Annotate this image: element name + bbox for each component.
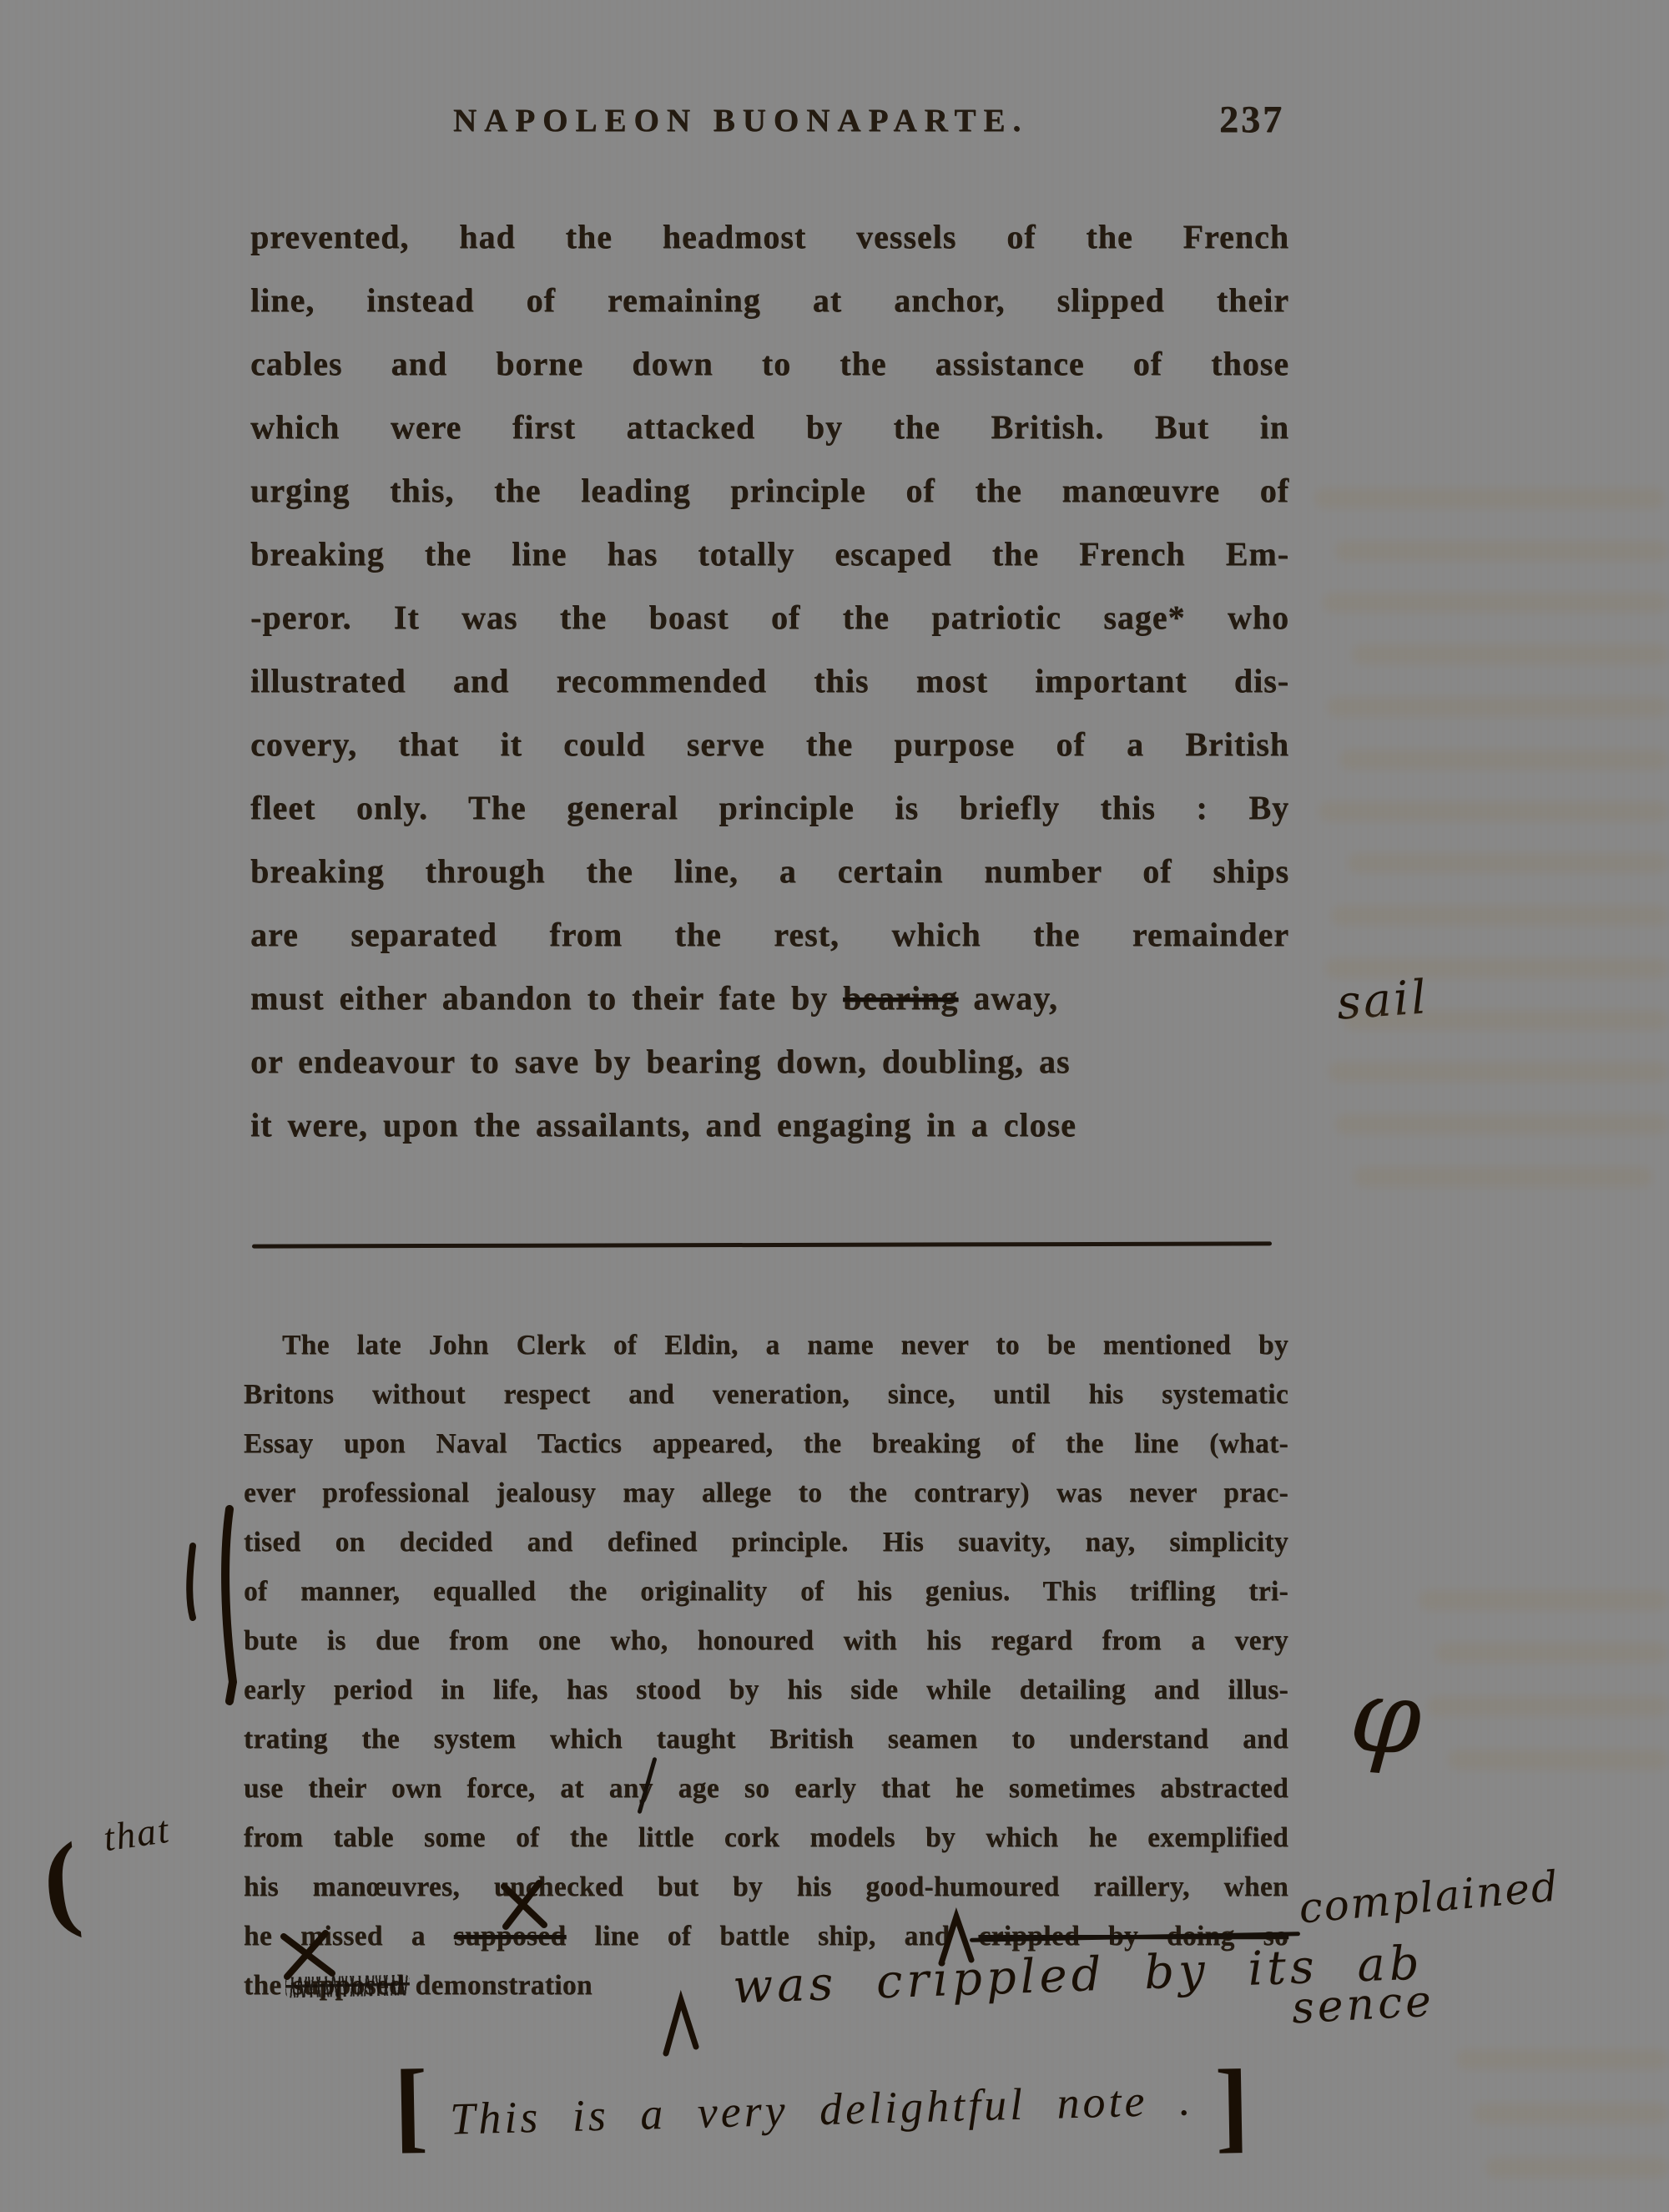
bleed-through-ghost-text bbox=[1319, 801, 1669, 821]
text-line: breaking the line has totally escaped th… bbox=[250, 523, 1289, 586]
bleed-through-ghost-text bbox=[1456, 2049, 1669, 2069]
bleed-through-ghost-text bbox=[1352, 644, 1669, 664]
insertion-caret-demonstration-icon bbox=[659, 1993, 701, 2057]
text-line: use their own force, at any age so early… bbox=[244, 1764, 1288, 1813]
text-segment: prevented, had the headmost vessels of t… bbox=[250, 218, 1289, 255]
handwritten-margin-word-complained: complained bbox=[1297, 1861, 1561, 1932]
text-segment: early period in life, has stood by his s… bbox=[244, 1674, 1288, 1705]
text-segment: or endeavour to save by bearing down, do… bbox=[250, 1043, 1070, 1080]
edited-word: bearing bbox=[843, 979, 958, 1017]
handwritten-phi-mark-icon: φ bbox=[1346, 1655, 1425, 1779]
deletion-x-mark-supposed-icon bbox=[279, 1930, 337, 1980]
bleed-through-ghost-text bbox=[1335, 541, 1669, 561]
footnote-paragraph: The late John Clerk of Eldin, a name nev… bbox=[244, 1321, 1288, 2010]
text-segment: it were, upon the assailants, and engagi… bbox=[250, 1106, 1077, 1144]
bleed-through-ghost-text bbox=[1344, 1010, 1669, 1030]
bleed-through-ghost-text bbox=[1323, 593, 1669, 613]
text-segment: trating the system which taught British … bbox=[244, 1724, 1288, 1755]
text-segment: Essay upon Naval Tactics appeared, the b… bbox=[244, 1428, 1288, 1459]
text-line: early period in life, has stood by his s… bbox=[244, 1665, 1288, 1715]
text-segment: -peror. It was the boast of the patrioti… bbox=[250, 598, 1289, 636]
text-line: his manœuvres, unchecked but by his good… bbox=[244, 1862, 1288, 1912]
text-line: it were, upon the assailants, and engagi… bbox=[250, 1093, 1289, 1157]
margin-emphasis-strokes-icon bbox=[171, 1494, 263, 1728]
bleed-through-ghost-text bbox=[1435, 1643, 1669, 1663]
text-segment: tised on decided and defined principle. … bbox=[244, 1527, 1288, 1558]
bleed-through-ghost-text bbox=[1327, 697, 1669, 717]
text-segment: breaking through the line, a certain num… bbox=[250, 852, 1289, 890]
footnote-divider-rule bbox=[252, 1241, 1272, 1248]
text-line: covery, that it could serve the purpose … bbox=[250, 713, 1289, 776]
right-bracket-icon: ] bbox=[1214, 2055, 1250, 2158]
text-line: Britons without respect and veneration, … bbox=[244, 1370, 1288, 1419]
text-segment: cables and borne down to the assistance … bbox=[250, 345, 1289, 382]
text-segment: demonstration bbox=[405, 1970, 592, 2001]
text-line: which were first attacked by the British… bbox=[250, 396, 1289, 459]
text-line: line, instead of remaining at anchor, sl… bbox=[250, 269, 1289, 332]
text-segment: he missed a bbox=[244, 1921, 454, 1952]
text-segment: of manner, equalled the originality of h… bbox=[244, 1576, 1288, 1607]
text-line: illustrated and recommended this most im… bbox=[250, 649, 1289, 713]
page-number: 237 bbox=[1219, 97, 1284, 141]
running-header: NAPOLEON BUONAPARTE. 237 bbox=[250, 102, 1289, 160]
handwritten-insertion-phrase-continued: sence bbox=[1291, 1977, 1436, 2034]
text-line: fleet only. The general principle is bri… bbox=[250, 776, 1289, 840]
bleed-through-ghost-text bbox=[1339, 750, 1669, 770]
text-segment: his manœuvres, unchecked but by his good… bbox=[244, 1871, 1288, 1902]
text-segment: urging this, the leading principle of th… bbox=[250, 472, 1289, 509]
text-line: ever professional jealousy may allege to… bbox=[244, 1468, 1288, 1518]
text-segment: line of battle ship, and bbox=[566, 1921, 978, 1952]
bottom-note-text: This is a very delightful note . bbox=[449, 2067, 1194, 2144]
text-segment: breaking the line has totally escaped th… bbox=[250, 535, 1289, 573]
text-segment: line, instead of remaining at anchor, sl… bbox=[250, 281, 1289, 319]
text-segment: covery, that it could serve the purpose … bbox=[250, 725, 1289, 763]
margin-paren-icon: ( bbox=[37, 1818, 85, 1944]
text-segment: from table some of the little cork model… bbox=[244, 1822, 1288, 1853]
text-line: bute is due from one who, honoured with … bbox=[244, 1616, 1288, 1665]
text-line: or endeavour to save by bearing down, do… bbox=[250, 1030, 1289, 1093]
text-line: Essay upon Naval Tactics appeared, the b… bbox=[244, 1419, 1288, 1468]
text-line: breaking through the line, a certain num… bbox=[250, 840, 1289, 903]
bleed-through-ghost-text bbox=[1335, 1114, 1669, 1134]
text-segment: must either abandon to their fate by bbox=[250, 979, 843, 1017]
deletion-x-mark-unchecked-icon bbox=[497, 1878, 551, 1932]
main-paragraph: prevented, had the headmost vessels of t… bbox=[250, 205, 1289, 1157]
text-segment: ever professional jealousy may allege to… bbox=[244, 1477, 1288, 1508]
text-line: of manner, equalled the originality of h… bbox=[244, 1567, 1288, 1616]
text-segment: which were first attacked by the British… bbox=[250, 408, 1289, 446]
bleed-through-ghost-text bbox=[1325, 958, 1669, 978]
bleed-through-ghost-text bbox=[1419, 1590, 1669, 1610]
text-line: tised on decided and defined principle. … bbox=[244, 1518, 1288, 1567]
text-line: The late John Clerk of Eldin, a name nev… bbox=[244, 1321, 1288, 1370]
bleed-through-ghost-text bbox=[1448, 1750, 1669, 1770]
bleed-through-ghost-text bbox=[1329, 1062, 1669, 1082]
bleed-through-ghost-text bbox=[1485, 2158, 1669, 2178]
text-line: urging this, the leading principle of th… bbox=[250, 459, 1289, 523]
text-segment: illustrated and recommended this most im… bbox=[250, 662, 1289, 699]
text-line: must either abandon to their fate by bea… bbox=[250, 967, 1289, 1030]
text-segment: Britons without respect and veneration, … bbox=[244, 1379, 1288, 1410]
bleed-through-ghost-text bbox=[1348, 853, 1669, 873]
left-bracket-icon: [ bbox=[393, 2055, 429, 2158]
margin-paren-word: that bbox=[101, 1807, 173, 1861]
bleed-through-ghost-text bbox=[1314, 488, 1665, 508]
text-segment: fleet only. The general principle is bri… bbox=[250, 789, 1289, 826]
text-segment: bute is due from one who, honoured with … bbox=[244, 1625, 1288, 1656]
edited-word: y bbox=[639, 1773, 653, 1804]
text-line: prevented, had the headmost vessels of t… bbox=[250, 205, 1289, 269]
insertion-caret-icon bbox=[936, 1912, 976, 1967]
bleed-through-ghost-text bbox=[1331, 906, 1669, 926]
scanned-book-page: NAPOLEON BUONAPARTE. 237 prevented, had … bbox=[0, 0, 1669, 2212]
text-line: trating the system which taught British … bbox=[244, 1715, 1288, 1764]
text-segment: away, bbox=[958, 979, 1058, 1017]
text-line: are separated from the rest, which the r… bbox=[250, 903, 1289, 967]
page-title: NAPOLEON BUONAPARTE. bbox=[250, 102, 1231, 139]
handwritten-bottom-note: [ This is a very delightful note . ] bbox=[394, 2055, 1249, 2157]
bleed-through-ghost-text bbox=[1354, 1167, 1652, 1187]
text-line: -peror. It was the boast of the patrioti… bbox=[250, 586, 1289, 649]
text-line: cables and borne down to the assistance … bbox=[250, 332, 1289, 396]
text-segment: use their own force, at an bbox=[244, 1773, 639, 1804]
text-segment: The late John Clerk of Eldin, a name nev… bbox=[282, 1330, 1288, 1361]
text-line: from table some of the little cork model… bbox=[244, 1813, 1288, 1862]
text-segment: are separated from the rest, which the r… bbox=[250, 916, 1289, 953]
bleed-through-ghost-text bbox=[1473, 2103, 1669, 2124]
bleed-through-ghost-text bbox=[1427, 1696, 1669, 1716]
text-segment: age so early that he sometimes abstracte… bbox=[653, 1773, 1288, 1804]
